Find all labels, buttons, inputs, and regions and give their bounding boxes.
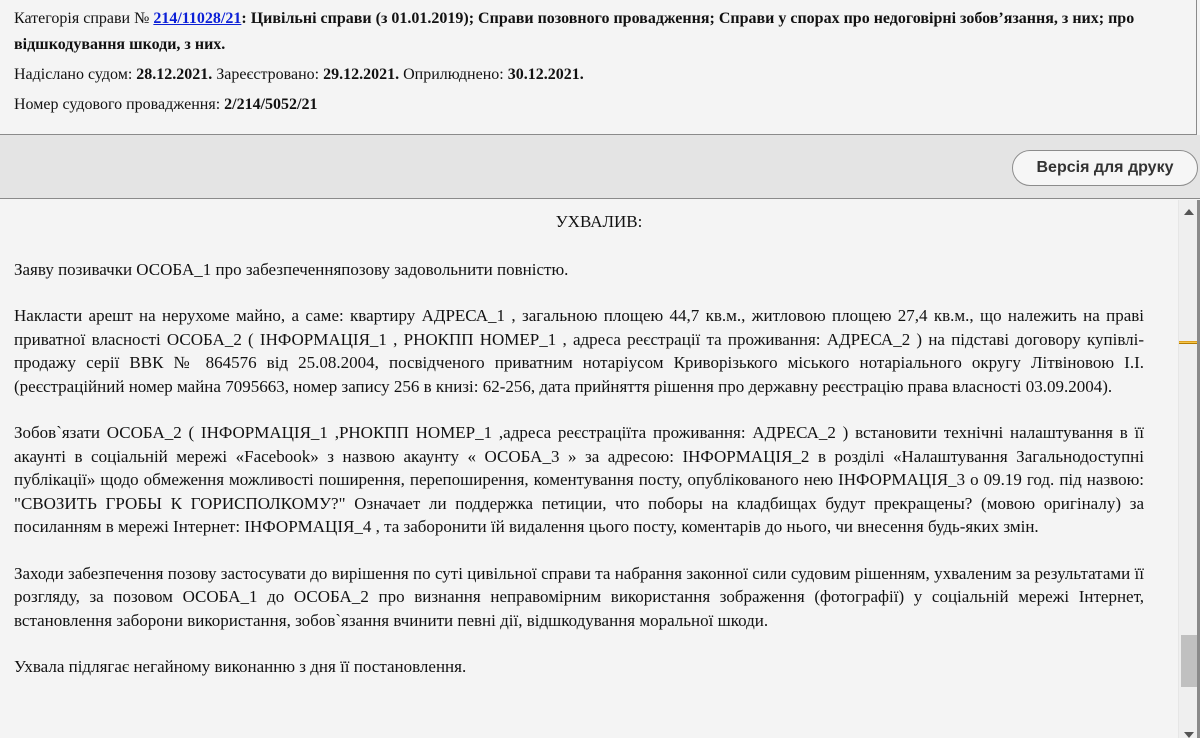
- resolution-paragraph: Заходи забезпечення позову застосувати д…: [14, 562, 1144, 633]
- proceeding-number-line: Номер судового провадження: 2/214/5052/2…: [14, 92, 1182, 118]
- resolution-paragraph: Заяву позивачки ОСОБА_1 про забезпечення…: [14, 258, 1144, 282]
- registered-label: Зареєстровано:: [212, 66, 323, 83]
- category-label: Категорія справи №: [14, 10, 153, 27]
- published-label: Оприлюднено:: [399, 66, 508, 83]
- proceeding-label: Номер судового провадження:: [14, 96, 224, 113]
- scroll-up-arrow-icon[interactable]: [1184, 209, 1194, 215]
- case-category: Категорія справи № 214/11028/21: Цивільн…: [14, 6, 1182, 58]
- document-body: УХВАЛИВ: Заяву позивачки ОСОБА_1 про заб…: [0, 200, 1178, 738]
- sent-date: 28.12.2021.: [136, 66, 212, 83]
- resolution-paragraph: Зобов`язати ОСОБА_2 ( ІНФОРМАЦІЯ_1 ,РНОК…: [14, 421, 1144, 539]
- case-number-link[interactable]: 214/11028/21: [153, 10, 241, 27]
- proceeding-number: 2/214/5052/21: [224, 96, 317, 113]
- published-date: 30.12.2021.: [508, 66, 584, 83]
- registered-date: 29.12.2021.: [323, 66, 399, 83]
- resolution-paragraph: Ухвала підлягає негайному виконанню з дн…: [14, 655, 1144, 679]
- scrollbar-thumb[interactable]: [1181, 635, 1197, 687]
- vertical-scrollbar[interactable]: [1178, 200, 1199, 738]
- print-version-button[interactable]: Версія для друку: [1012, 150, 1198, 186]
- scroll-down-arrow-icon[interactable]: [1184, 732, 1194, 738]
- search-match-marker: [1179, 341, 1199, 344]
- sent-label: Надіслано судом:: [14, 66, 136, 83]
- toolbar: Версія для друку: [0, 135, 1200, 199]
- case-info-header: Категорія справи № 214/11028/21: Цивільн…: [0, 0, 1197, 135]
- resolution-paragraph: Накласти арешт на нерухоме майно, а саме…: [14, 304, 1144, 398]
- case-dates: Надіслано судом: 28.12.2021. Зареєстрова…: [14, 62, 1182, 88]
- resolution-heading: УХВАЛИВ:: [14, 210, 1144, 234]
